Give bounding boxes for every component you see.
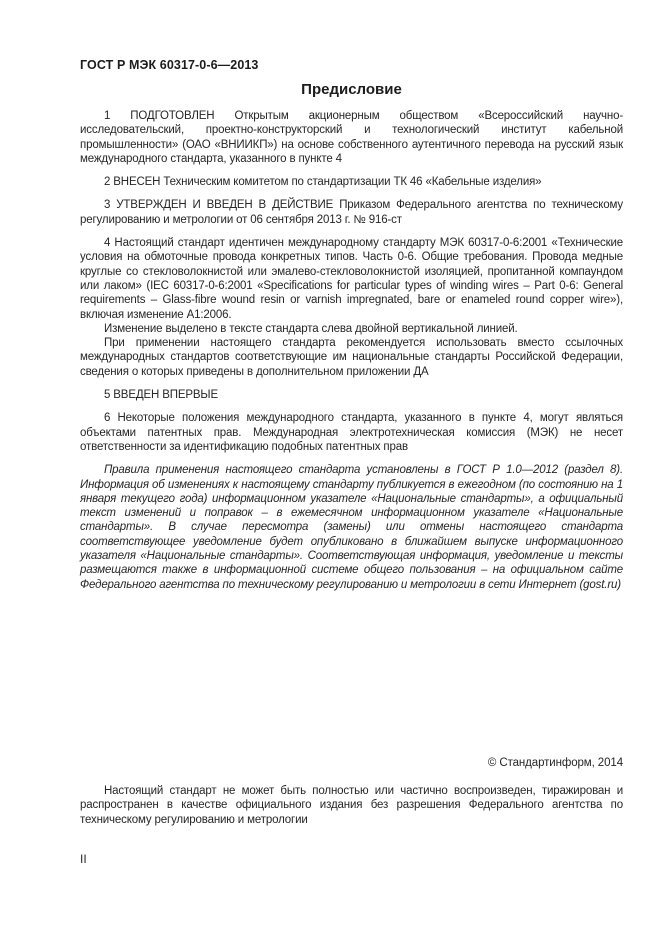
paragraph: 6 Некоторые положения международного ста… xyxy=(80,411,623,454)
paragraph: 3 УТВЕРЖДЕН И ВВЕДЕН В ДЕЙСТВИЕ Приказом… xyxy=(80,198,623,227)
paragraph: 4 Настоящий стандарт идентичен междунаро… xyxy=(80,236,623,322)
paragraph: 5 ВВЕДЕН ВПЕРВЫЕ xyxy=(80,388,623,402)
page-title: Предисловие xyxy=(80,81,623,98)
paragraph: Изменение выделено в тексте стандарта сл… xyxy=(80,322,623,336)
document-page: ГОСТ Р МЭК 60317-0-6—2013 Предисловие 1 … xyxy=(0,0,661,936)
copyright-line: © Стандартинформ, 2014 xyxy=(80,757,623,769)
preface-body: 1 ПОДГОТОВЛЕН Открытым акционерным общес… xyxy=(80,100,623,592)
page-number: II xyxy=(80,852,87,866)
document-code: ГОСТ Р МЭК 60317-0-6—2013 xyxy=(80,58,258,72)
legal-notice: Настоящий стандарт не может быть полност… xyxy=(80,784,623,827)
paragraph: При применении настоящего стандарта реко… xyxy=(80,336,623,379)
paragraph: 2 ВНЕСЕН Техническим комитетом по станда… xyxy=(80,175,623,189)
paragraph: Правила применения настоящего стандарта … xyxy=(80,463,623,592)
paragraph: 1 ПОДГОТОВЛЕН Открытым акционерным общес… xyxy=(80,109,623,166)
